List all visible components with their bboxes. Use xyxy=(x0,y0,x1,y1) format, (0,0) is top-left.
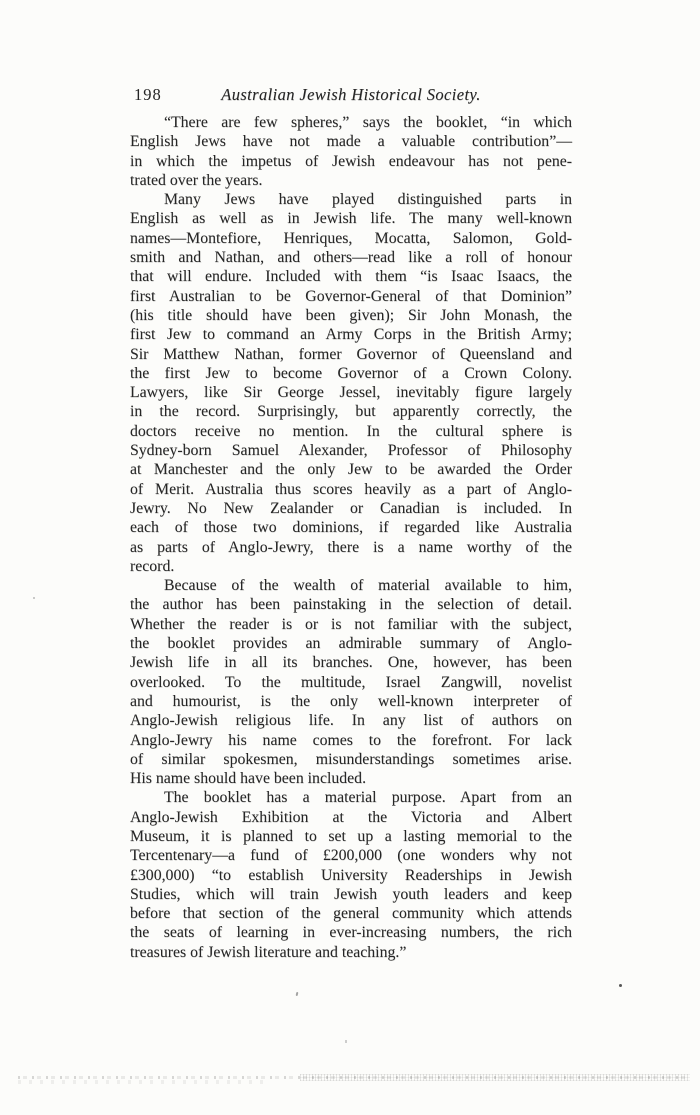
text-line: smith and Nathan, and others—read like a… xyxy=(130,248,572,267)
text-line: the seats of learning in ever-increasing… xyxy=(130,923,572,942)
scanned-page: 198 Australian Jewish Historical Society… xyxy=(0,0,700,1115)
text-line: Tercentenary—a fund of £200,000 (one won… xyxy=(130,846,572,865)
text-line: names—Montefiore, Henriques, Mocatta, Sa… xyxy=(130,229,572,248)
text-line: Lawyers, like Sir George Jessel, inevita… xyxy=(130,383,572,402)
scan-noise-line xyxy=(300,1074,690,1081)
text-line: the booklet provides an admirable summar… xyxy=(130,634,572,653)
text-line: His name should have been included. xyxy=(130,769,572,788)
text-line: Anglo-Jewry his name comes to the forefr… xyxy=(130,731,572,750)
text-line: English Jews have not made a valuable co… xyxy=(130,132,572,151)
scan-speck xyxy=(619,984,622,987)
text-line: as parts of Anglo-Jewry, there is a name… xyxy=(130,538,572,557)
text-line: of similar spokesmen, misunderstandings … xyxy=(130,750,572,769)
text-line: Jewry. No New Zealander or Canadian is i… xyxy=(130,499,572,518)
paragraph: The booklet has a material purpose. Apar… xyxy=(130,788,572,962)
text-line: the first Jew to become Governor of a Cr… xyxy=(130,364,572,383)
scan-noise-line xyxy=(18,1076,690,1079)
text-line: Studies, which will train Jewish youth l… xyxy=(130,885,572,904)
scan-speck xyxy=(345,1040,347,1043)
text-line: first Australian to be Governor-General … xyxy=(130,287,572,306)
paragraph: “There are few spheres,” says the bookle… xyxy=(130,113,572,190)
text-line: treasures of Jewish literature and teach… xyxy=(130,943,572,962)
article-body: “There are few spheres,” says the bookle… xyxy=(130,113,572,962)
text-line: “There are few spheres,” says the bookle… xyxy=(130,113,572,132)
text-line: Jewish life in all its branches. One, ho… xyxy=(130,653,572,672)
text-line: Anglo-Jewish religious life. In any list… xyxy=(130,711,572,730)
text-line: of Merit. Australia thus scores heavily … xyxy=(130,480,572,499)
text-line: doctors receive no mention. In the cultu… xyxy=(130,422,572,441)
text-line: Anglo-Jewish Exhibition at the Victoria … xyxy=(130,808,572,827)
scan-noise-line xyxy=(18,1080,268,1084)
text-line: Whether the reader is or is not familiar… xyxy=(130,615,572,634)
text-line: record. xyxy=(130,557,572,576)
text-line: before that section of the general commu… xyxy=(130,904,572,923)
text-line: the author has been painstaking in the s… xyxy=(130,595,572,614)
text-line: English as well as in Jewish life. The m… xyxy=(130,209,572,228)
text-line: (his title should have been given); Sir … xyxy=(130,306,572,325)
text-line: overlooked. To the multitude, Israel Zan… xyxy=(130,673,572,692)
text-line: in the record. Surprisingly, but apparen… xyxy=(130,402,572,421)
scan-speck xyxy=(296,992,299,996)
text-line: at Manchester and the only Jew to be awa… xyxy=(130,460,572,479)
paragraph: Many Jews have played distinguished part… xyxy=(130,190,572,576)
text-line: £300,000) “to establish University Reade… xyxy=(130,866,572,885)
text-line: Sir Matthew Nathan, former Governor of Q… xyxy=(130,345,572,364)
text-line: trated over the years. xyxy=(130,171,572,190)
text-line: each of those two dominions, if regarded… xyxy=(130,518,572,537)
text-line: Because of the wealth of material availa… xyxy=(130,576,572,595)
page-number: 198 xyxy=(134,85,162,105)
text-line: and humourist, is the only well-known in… xyxy=(130,692,572,711)
text-line: in which the impetus of Jewish endeavour… xyxy=(130,152,572,171)
running-title: Australian Jewish Historical Society. xyxy=(130,85,572,105)
paragraph: Because of the wealth of material availa… xyxy=(130,576,572,788)
text-line: Sydney-born Samuel Alexander, Professor … xyxy=(130,441,572,460)
text-line: Many Jews have played distinguished part… xyxy=(130,190,572,209)
text-line: The booklet has a material purpose. Apar… xyxy=(130,788,572,807)
text-line: Museum, it is planned to set up a lastin… xyxy=(130,827,572,846)
running-head: 198 Australian Jewish Historical Society… xyxy=(130,85,572,105)
scan-speck xyxy=(33,597,35,599)
text-line: that will endure. Included with them “is… xyxy=(130,267,572,286)
text-line: first Jew to command an Army Corps in th… xyxy=(130,325,572,344)
